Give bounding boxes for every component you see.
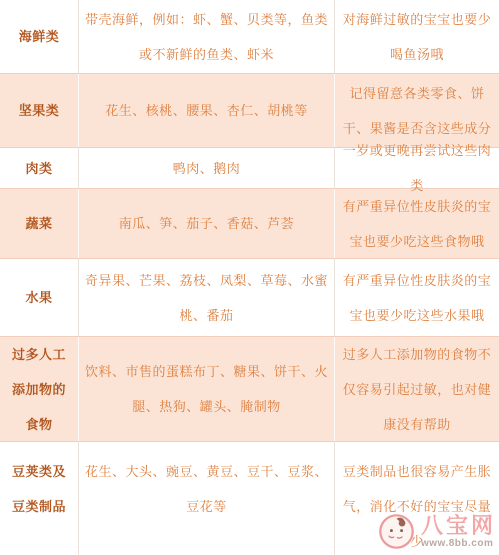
- examples-cell: 花生、大头、豌豆、黄豆、豆干、豆浆、豆花等: [79, 442, 335, 555]
- examples-cell: 鸭肉、鹅肉: [79, 148, 335, 188]
- category-cell: 海鲜类: [0, 0, 79, 73]
- examples-cell: 饮料、市售的蛋糕布丁、糖果、饼干、火腿、热狗、罐头、腌制物: [79, 337, 335, 441]
- category-cell: 过多人工添加物的食物: [0, 337, 79, 441]
- table-row: 蔬菜 南瓜、笋、茄子、香菇、芦荟 有严重异位性皮肤炎的宝宝也要少吃这些食物哦: [0, 188, 499, 258]
- notes-cell: 对海鲜过敏的宝宝也要少喝鱼汤哦: [335, 0, 499, 73]
- site-url: www.8bb.com: [421, 538, 493, 549]
- baby-face-logo-icon: [378, 513, 415, 550]
- table-row: 水果 奇异果、芒果、荔枝、凤梨、草莓、水蜜桃、番茄 有严重异位性皮肤炎的宝宝也要…: [0, 258, 499, 336]
- category-cell: 豆荚类及豆类制品: [0, 442, 79, 555]
- table-row: 海鲜类 带壳海鲜，例如：虾、蟹、贝类等，鱼类或不新鲜的鱼类、虾米 对海鲜过敏的宝…: [0, 0, 499, 73]
- table-row: 肉类 鸭肉、鹅肉 一岁或更晚再尝试这些肉类: [0, 147, 499, 188]
- site-watermark: 八宝网 www.8bb.com: [378, 513, 496, 550]
- examples-cell: 花生、核桃、腰果、杏仁、胡桃等: [79, 74, 335, 147]
- category-cell: 蔬菜: [0, 189, 79, 258]
- allergy-food-table: 海鲜类 带壳海鲜，例如：虾、蟹、贝类等，鱼类或不新鲜的鱼类、虾米 对海鲜过敏的宝…: [0, 0, 499, 555]
- examples-cell: 奇异果、芒果、荔枝、凤梨、草莓、水蜜桃、番茄: [79, 259, 335, 336]
- notes-cell: 有严重异位性皮肤炎的宝宝也要少吃这些水果哦: [335, 259, 499, 336]
- examples-cell: 带壳海鲜，例如：虾、蟹、贝类等，鱼类或不新鲜的鱼类、虾米: [79, 0, 335, 73]
- notes-cell: 一岁或更晚再尝试这些肉类: [335, 148, 499, 188]
- table-row: 过多人工添加物的食物 饮料、市售的蛋糕布丁、糖果、饼干、火腿、热狗、罐头、腌制物…: [0, 336, 499, 441]
- notes-cell: 过多人工添加物的食物不仅容易引起过敏，也对健康没有帮助: [335, 337, 499, 441]
- site-name: 八宝网: [421, 514, 496, 538]
- category-cell: 水果: [0, 259, 79, 336]
- examples-cell: 南瓜、笋、茄子、香菇、芦荟: [79, 189, 335, 258]
- category-cell: 肉类: [0, 148, 79, 188]
- notes-cell: 有严重异位性皮肤炎的宝宝也要少吃这些食物哦: [335, 189, 499, 258]
- category-cell: 坚果类: [0, 74, 79, 147]
